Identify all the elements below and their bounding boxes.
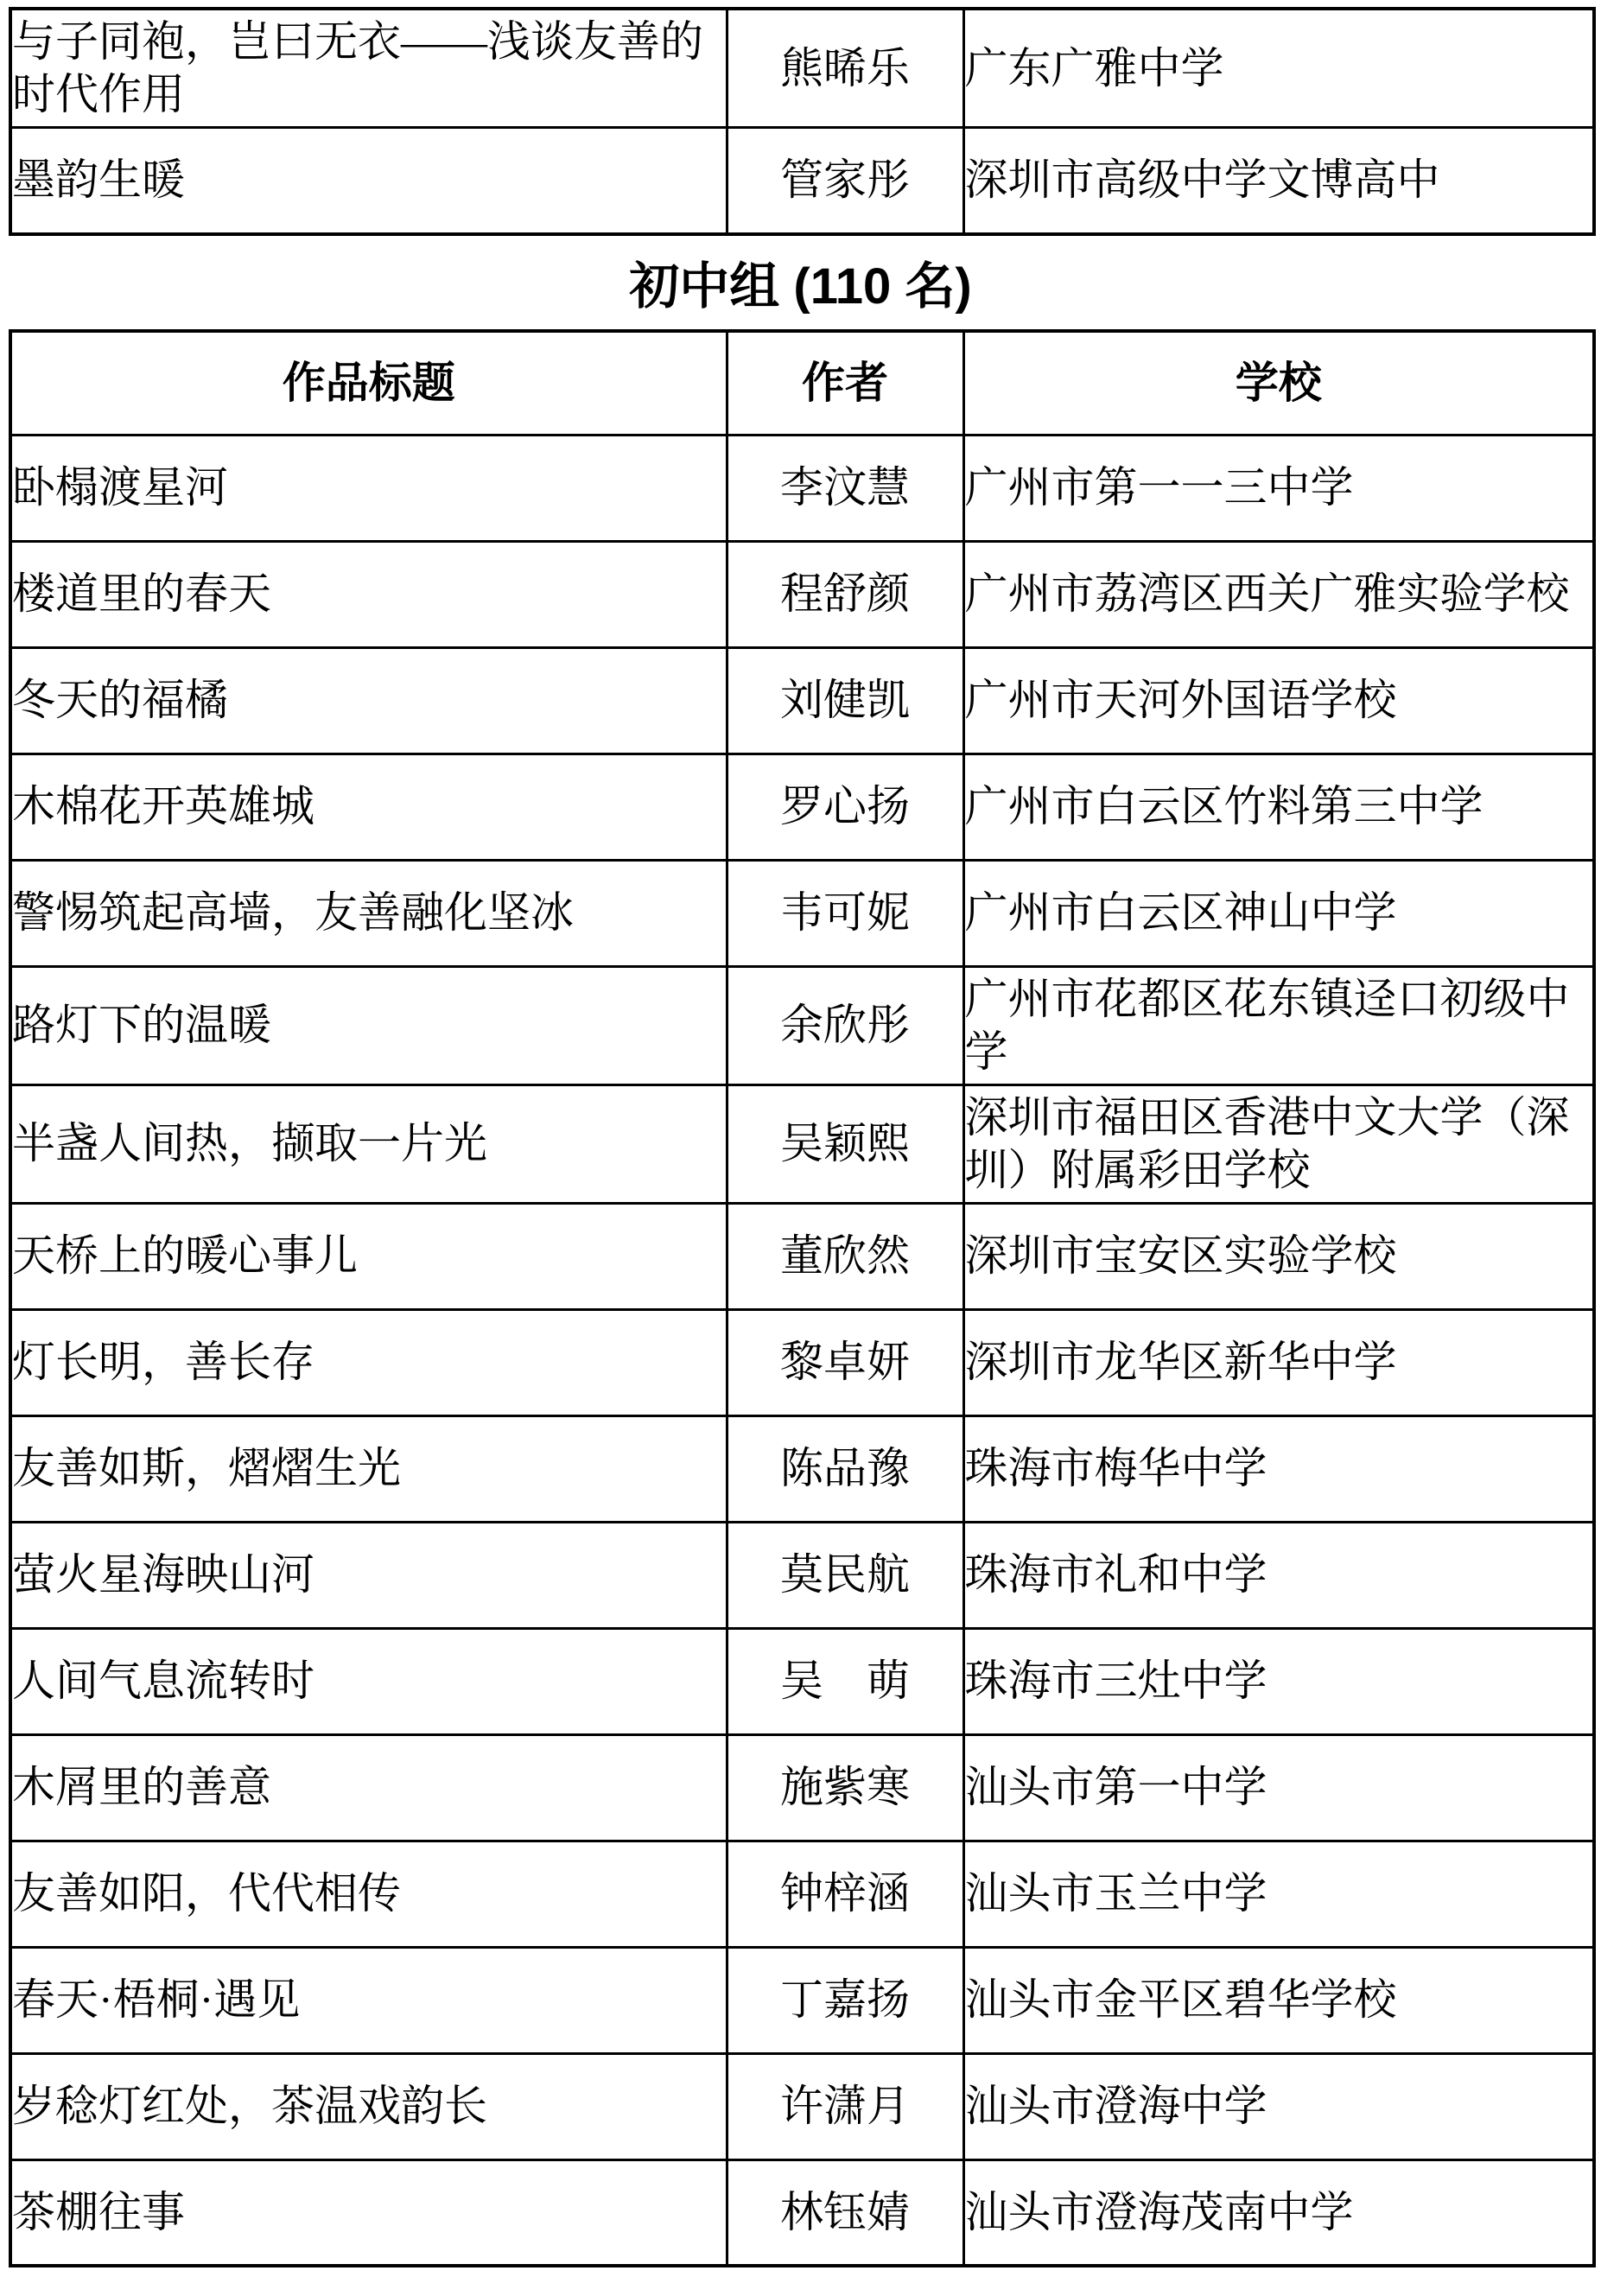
school-cell: 广州市第一一三中学 — [963, 435, 1594, 541]
author-cell: 林钰婧 — [727, 2159, 963, 2266]
work-title-cell: 冬天的福橘 — [10, 647, 727, 754]
author-cell: 莫民航 — [727, 1522, 963, 1628]
author-cell: 余欣彤 — [727, 966, 963, 1084]
author-cell: 董欣然 — [727, 1203, 963, 1309]
work-title-cell: 人间气息流转时 — [10, 1628, 727, 1734]
work-title-cell: 楼道里的春天 — [10, 541, 727, 647]
school-cell: 广州市花都区花东镇迳口初级中学 — [963, 966, 1594, 1084]
work-title-cell: 警惕筑起高墙，友善融化坚冰 — [10, 860, 727, 966]
senior-group-table-body: 与子同袍，岂曰无衣——浅谈友善的时代作用 熊晞乐 广东广雅中学 墨韵生暖 管家彤… — [10, 9, 1594, 234]
school-cell: 深圳市高级中学文博高中 — [963, 128, 1594, 234]
table-row: 友善如阳，代代相传 钟梓涵 汕头市玉兰中学 — [10, 1841, 1594, 1947]
author-cell: 韦可妮 — [727, 860, 963, 966]
table-row: 茶棚往事 林钰婧 汕头市澄海茂南中学 — [10, 2159, 1594, 2266]
author-cell: 程舒颜 — [727, 541, 963, 647]
school-cell: 深圳市福田区香港中文大学（深圳）附属彩田学校 — [963, 1084, 1594, 1203]
table-row: 卧榻渡星河 李汶慧 广州市第一一三中学 — [10, 435, 1594, 541]
author-cell: 丁嘉扬 — [727, 1947, 963, 2053]
school-cell: 深圳市龙华区新华中学 — [963, 1309, 1594, 1415]
school-cell: 汕头市澄海中学 — [963, 2053, 1594, 2159]
table-row: 楼道里的春天 程舒颜 广州市荔湾区西关广雅实验学校 — [10, 541, 1594, 647]
document-page: 与子同袍，岂曰无衣——浅谈友善的时代作用 熊晞乐 广东广雅中学 墨韵生暖 管家彤… — [0, 0, 1601, 2296]
column-header-work-title: 作品标题 — [10, 331, 727, 435]
author-cell: 李汶慧 — [727, 435, 963, 541]
work-title-cell: 木屑里的善意 — [10, 1734, 727, 1841]
work-title-cell: 路灯下的温暖 — [10, 966, 727, 1084]
table-row: 警惕筑起高墙，友善融化坚冰 韦可妮 广州市白云区神山中学 — [10, 860, 1594, 966]
table-row: 木棉花开英雄城 罗心扬 广州市白云区竹料第三中学 — [10, 754, 1594, 860]
table-row: 冬天的福橘 刘健凯 广州市天河外国语学校 — [10, 647, 1594, 754]
author-cell: 许潇月 — [727, 2053, 963, 2159]
school-cell: 深圳市宝安区实验学校 — [963, 1203, 1594, 1309]
school-cell: 广州市天河外国语学校 — [963, 647, 1594, 754]
table-row: 萤火星海映山河 莫民航 珠海市礼和中学 — [10, 1522, 1594, 1628]
work-title-cell: 岁稔灯红处，茶温戏韵长 — [10, 2053, 727, 2159]
school-cell: 汕头市澄海茂南中学 — [963, 2159, 1594, 2266]
author-cell: 施紫寒 — [727, 1734, 963, 1841]
table-row: 墨韵生暖 管家彤 深圳市高级中学文博高中 — [10, 128, 1594, 234]
school-cell: 汕头市玉兰中学 — [963, 1841, 1594, 1947]
junior-group-table-body: 卧榻渡星河 李汶慧 广州市第一一三中学 楼道里的春天 程舒颜 广州市荔湾区西关广… — [10, 435, 1594, 2266]
author-cell: 钟梓涵 — [727, 1841, 963, 1947]
column-header-school: 学校 — [963, 331, 1594, 435]
table-row: 灯长明，善长存 黎卓妍 深圳市龙华区新华中学 — [10, 1309, 1594, 1415]
work-title-cell: 友善如斯，熠熠生光 — [10, 1415, 727, 1522]
work-title-cell: 春天·梧桐·遇见 — [10, 1947, 727, 2053]
work-title-cell: 与子同袍，岂曰无衣——浅谈友善的时代作用 — [10, 9, 727, 128]
table-row: 木屑里的善意 施紫寒 汕头市第一中学 — [10, 1734, 1594, 1841]
work-title-cell: 萤火星海映山河 — [10, 1522, 727, 1628]
work-title-cell: 友善如阳，代代相传 — [10, 1841, 727, 1947]
senior-group-table-continued: 与子同袍，岂曰无衣——浅谈友善的时代作用 熊晞乐 广东广雅中学 墨韵生暖 管家彤… — [9, 7, 1596, 236]
school-cell: 广州市白云区神山中学 — [963, 860, 1594, 966]
column-header-author: 作者 — [727, 331, 963, 435]
work-title-cell: 茶棚往事 — [10, 2159, 727, 2266]
table-row: 与子同袍，岂曰无衣——浅谈友善的时代作用 熊晞乐 广东广雅中学 — [10, 9, 1594, 128]
table-row: 路灯下的温暖 余欣彤 广州市花都区花东镇迳口初级中学 — [10, 966, 1594, 1084]
work-title-cell: 半盏人间热，撷取一片光 — [10, 1084, 727, 1203]
table-row: 友善如斯，熠熠生光 陈品豫 珠海市梅华中学 — [10, 1415, 1594, 1522]
school-cell: 珠海市梅华中学 — [963, 1415, 1594, 1522]
school-cell: 珠海市三灶中学 — [963, 1628, 1594, 1734]
author-cell: 吴 萌 — [727, 1628, 963, 1734]
table-row: 春天·梧桐·遇见 丁嘉扬 汕头市金平区碧华学校 — [10, 1947, 1594, 2053]
school-cell: 汕头市第一中学 — [963, 1734, 1594, 1841]
table-row: 半盏人间热，撷取一片光 吴颖熙 深圳市福田区香港中文大学（深圳）附属彩田学校 — [10, 1084, 1594, 1203]
school-cell: 珠海市礼和中学 — [963, 1522, 1594, 1628]
section-heading-junior-group: 初中组 (110 名) — [9, 258, 1592, 316]
author-cell: 刘健凯 — [727, 647, 963, 754]
table-row: 岁稔灯红处，茶温戏韵长 许潇月 汕头市澄海中学 — [10, 2053, 1594, 2159]
work-title-cell: 灯长明，善长存 — [10, 1309, 727, 1415]
author-cell: 罗心扬 — [727, 754, 963, 860]
work-title-cell: 墨韵生暖 — [10, 128, 727, 234]
work-title-cell: 天桥上的暖心事儿 — [10, 1203, 727, 1309]
author-cell: 陈品豫 — [727, 1415, 963, 1522]
school-cell: 广东广雅中学 — [963, 9, 1594, 128]
table-row: 天桥上的暖心事儿 董欣然 深圳市宝安区实验学校 — [10, 1203, 1594, 1309]
work-title-cell: 木棉花开英雄城 — [10, 754, 727, 860]
work-title-cell: 卧榻渡星河 — [10, 435, 727, 541]
author-cell: 管家彤 — [727, 128, 963, 234]
table-row: 人间气息流转时 吴 萌 珠海市三灶中学 — [10, 1628, 1594, 1734]
header-row: 作品标题 作者 学校 — [10, 331, 1594, 435]
author-cell: 黎卓妍 — [727, 1309, 963, 1415]
school-cell: 汕头市金平区碧华学校 — [963, 1947, 1594, 2053]
school-cell: 广州市荔湾区西关广雅实验学校 — [963, 541, 1594, 647]
junior-group-table-head: 作品标题 作者 学校 — [10, 331, 1594, 435]
school-cell: 广州市白云区竹料第三中学 — [963, 754, 1594, 860]
author-cell: 熊晞乐 — [727, 9, 963, 128]
author-cell: 吴颖熙 — [727, 1084, 963, 1203]
junior-group-table: 作品标题 作者 学校 卧榻渡星河 李汶慧 广州市第一一三中学 楼道里的春天 程舒… — [9, 329, 1596, 2267]
